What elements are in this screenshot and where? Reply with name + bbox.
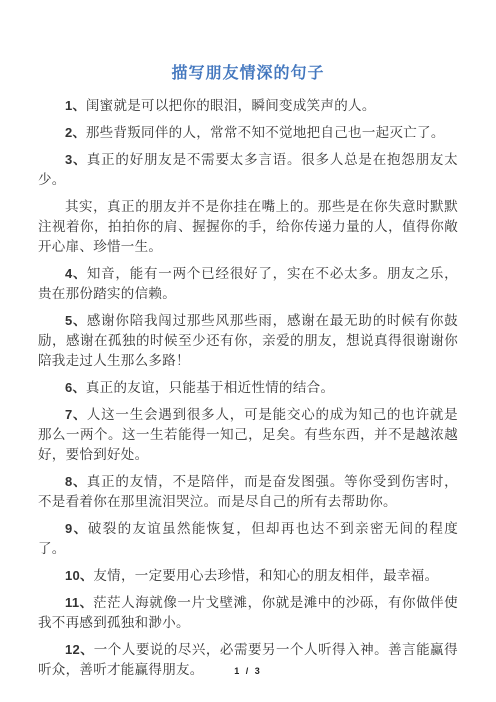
- paragraph-text: 真正的好朋友是不需要太多言语。很多人总是在抱怨朋友太少。: [38, 152, 458, 187]
- paragraph-number: 6、: [65, 380, 86, 395]
- document-body: 1、闺蜜就是可以把你的眼泪，瞬间变成笑声的人。 2、那些背叛同伴的人，常常不知不…: [0, 83, 496, 680]
- paragraph-number: 1、: [65, 98, 86, 113]
- paragraph: 2、那些背叛同伴的人，常常不知不觉地把自己也一起灭亡了。: [38, 123, 458, 143]
- paragraph-text: 那些背叛同伴的人，常常不知不觉地把自己也一起灭亡了。: [86, 125, 445, 140]
- paragraph-text: 人这一生会遇到很多人，可是能交心的成为知己的也许就是那么一两个。这一生若能得一知…: [38, 407, 458, 462]
- paragraph-number: 3、: [65, 152, 87, 167]
- paragraph-number: 12、: [65, 642, 94, 657]
- paragraph: 11、茫茫人海就像一片戈壁滩，你就是滩中的沙砾，有你做伴使我不再感到孤独和渺小。: [38, 593, 458, 633]
- paragraph-text: 友情，一定要用心去珍惜，和知心的朋友相伴，最幸福。: [93, 568, 438, 583]
- paragraph-number: 7、: [65, 407, 87, 422]
- paragraph-number: 11、: [65, 595, 93, 610]
- document-page: 描写朋友情深的句子 1、闺蜜就是可以把你的眼泪，瞬间变成笑声的人。 2、那些背叛…: [0, 0, 496, 702]
- paragraph-text: 破裂的友谊虽然能恢复，但却再也达不到亲密无间的程度了。: [38, 521, 458, 556]
- paragraph-text: 茫茫人海就像一片戈壁滩，你就是滩中的沙砾，有你做伴使我不再感到孤独和渺小。: [38, 595, 458, 630]
- paragraph-number: 10、: [65, 568, 93, 583]
- paragraph: 9、破裂的友谊虽然能恢复，但却再也达不到亲密无间的程度了。: [38, 519, 458, 559]
- paragraph: 4、知音，能有一两个已经很好了，实在不必太多。朋友之乐，贵在那份踏实的信赖。: [38, 264, 458, 304]
- paragraph: 3、真正的好朋友是不需要太多言语。很多人总是在抱怨朋友太少。: [38, 150, 458, 190]
- paragraph-text: 感谢你陪我闯过那些风那些雨，感谢在最无助的时候有你鼓励，感谢在孤独的时候至少还有…: [38, 313, 458, 368]
- paragraph-number: 4、: [65, 266, 87, 281]
- paragraph-text: 其实，真正的朋友并不是你挂在嘴上的。那些是在你失意时默默注视着你，拍拍你的肩、握…: [38, 199, 458, 254]
- paragraph-number: 9、: [65, 521, 88, 536]
- paragraph-text: 知音，能有一两个已经很好了，实在不必太多。朋友之乐，贵在那份踏实的信赖。: [38, 266, 458, 301]
- page-number-indicator: 1 / 3: [0, 666, 496, 676]
- paragraph-number: 5、: [65, 313, 87, 328]
- paragraph-text: 闺蜜就是可以把你的眼泪，瞬间变成笑声的人。: [86, 98, 376, 113]
- paragraph: 10、友情，一定要用心去珍惜，和知心的朋友相伴，最幸福。: [38, 566, 458, 586]
- paragraph: 其实，真正的朋友并不是你挂在嘴上的。那些是在你失意时默默注视着你，拍拍你的肩、握…: [38, 197, 458, 257]
- page-title: 描写朋友情深的句子: [0, 0, 496, 83]
- paragraph: 7、人这一生会遇到很多人，可是能交心的成为知己的也许就是那么一两个。这一生若能得…: [38, 405, 458, 465]
- paragraph-number: 2、: [65, 125, 86, 140]
- paragraph-number: 8、: [65, 474, 87, 489]
- paragraph-text: 真正的友情，不是陪伴，而是奋发图强。等你受到伤害时，不是看着你在那里流泪哭泣。而…: [38, 474, 458, 509]
- paragraph: 8、真正的友情，不是陪伴，而是奋发图强。等你受到伤害时，不是看着你在那里流泪哭泣…: [38, 472, 458, 512]
- paragraph: 5、感谢你陪我闯过那些风那些雨，感谢在最无助的时候有你鼓励，感谢在孤独的时候至少…: [38, 311, 458, 371]
- paragraph: 6、真正的友谊，只能基于相近性情的结合。: [38, 378, 458, 398]
- paragraph: 1、闺蜜就是可以把你的眼泪，瞬间变成笑声的人。: [38, 96, 458, 116]
- paragraph-text: 真正的友谊，只能基于相近性情的结合。: [86, 380, 334, 395]
